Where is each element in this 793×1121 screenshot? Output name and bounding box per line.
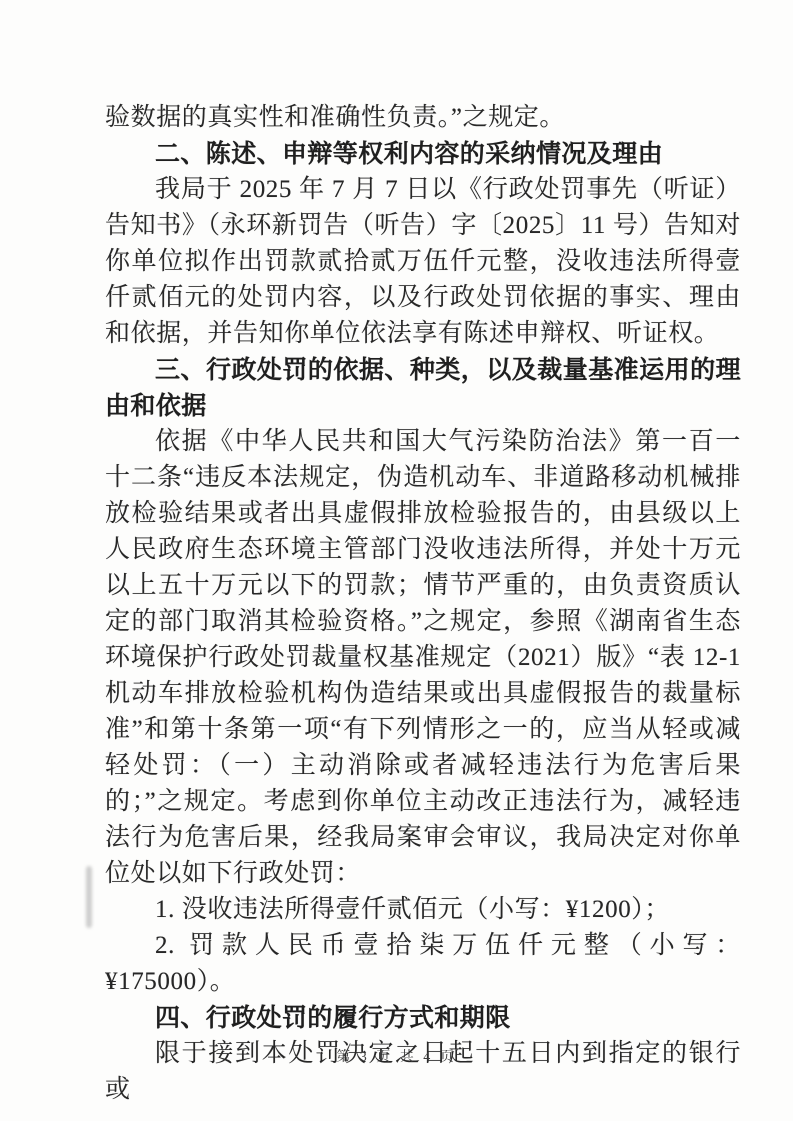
- section-heading-fulfillment: 四、行政处罚的履行方式和期限: [105, 1000, 741, 1036]
- scan-artifact: [86, 866, 92, 928]
- paragraph-prior-notice: 我局于 2025 年 7 月 7 日以《行政处罚事先（听证）告知书》（永环新罚告…: [105, 172, 741, 352]
- paragraph-regulation-continuation: 验数据的真实性和准确性负责。”之规定。: [105, 100, 741, 136]
- document-page: 验数据的真实性和准确性负责。”之规定。 二、陈述、申辩等权利内容的采纳情况及理由…: [0, 0, 793, 1121]
- section-heading-statement-rights: 二、陈述、申辩等权利内容的采纳情况及理由: [105, 136, 741, 172]
- penalty-item-2: 2. 罚款人民币壹拾柒万伍仟元整（小写：¥175000）。: [105, 928, 741, 1000]
- penalty-item-1: 1. 没收违法所得壹仟贰佰元（小写：¥1200）；: [105, 892, 741, 928]
- document-body: 验数据的真实性和准确性负责。”之规定。 二、陈述、申辩等权利内容的采纳情况及理由…: [105, 100, 741, 1108]
- section-heading-penalty-basis: 三、行政处罚的依据、种类，以及裁量基准运用的理由和依据: [105, 352, 741, 424]
- page-number: 第 3 页 共 4 页: [0, 1046, 793, 1066]
- paragraph-legal-basis: 依据《中华人民共和国大气污染防治法》第一百一十二条“违反本法规定，伪造机动车、非…: [105, 424, 741, 892]
